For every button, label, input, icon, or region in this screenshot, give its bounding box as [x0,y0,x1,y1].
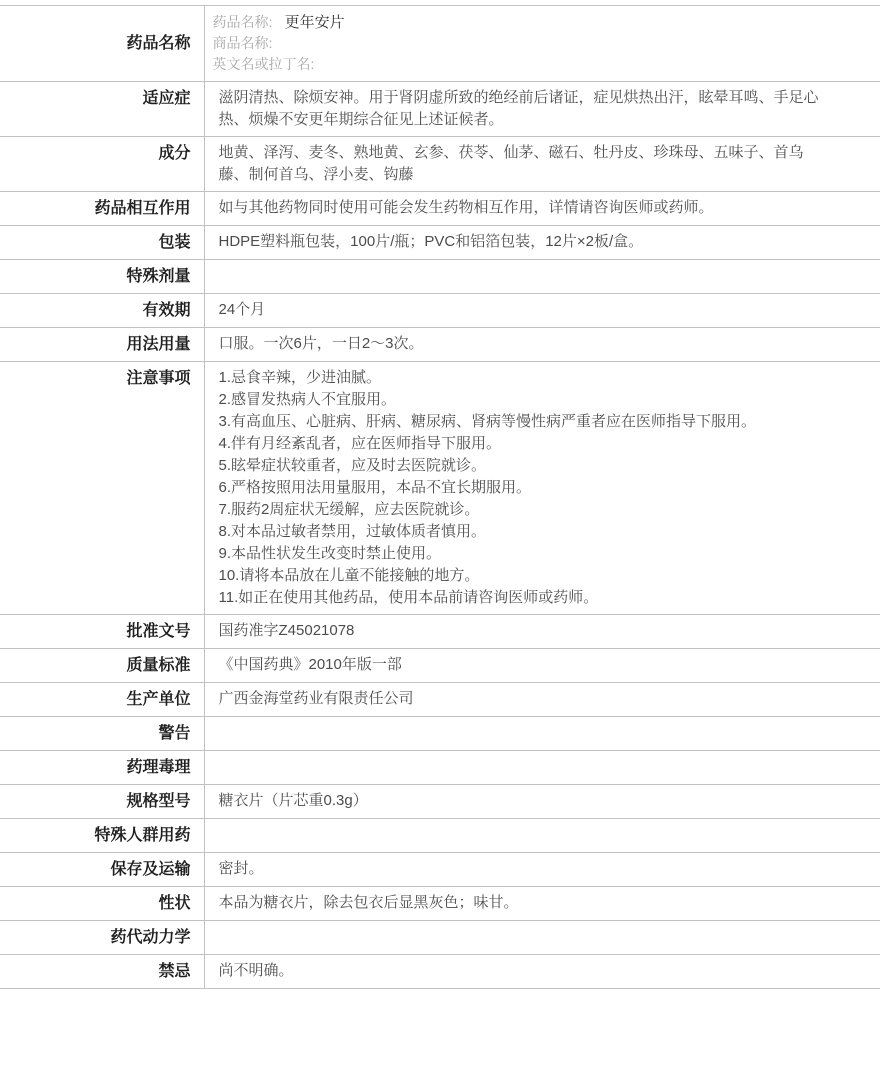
row-label-manufacturer: 生产单位 [0,683,204,717]
row-label-precautions: 注意事项 [0,362,204,615]
row-value-shelf-life: 24个月 [204,294,880,328]
table-row-drug-interactions: 药品相互作用 如与其他药物同时使用可能会发生药物相互作用，详情请咨询医师或药师。 [0,192,880,226]
row-label-indications: 适应症 [0,82,204,137]
table-row-indications: 适应症 滋阴清热、除烦安神。用于肾阴虚所致的绝经前后诸证，症见烘热出汗，眩晕耳鸣… [0,82,880,137]
table-row-packaging: 包装 HDPE塑料瓶包装，100片/瓶；PVC和铝箔包装，12片×2板/盒。 [0,226,880,260]
row-value-specification: 糖衣片（片芯重0.3g） [204,785,880,819]
table-row-dosage-usage: 用法用量 口服。一次6片，一日2～3次。 [0,328,880,362]
table-row-drug-name: 药品名称 药品名称: 更年安片 商品名称: 英文名或拉丁名: [0,6,880,82]
row-label-contraindications: 禁忌 [0,955,204,989]
precaution-item: 10.请将本品放在儿童不能接触的地方。 [219,565,831,587]
row-label-quality-standard: 质量标准 [0,649,204,683]
table-row-approval-number: 批准文号 国药准字Z45021078 [0,615,880,649]
table-row-shelf-life: 有效期 24个月 [0,294,880,328]
row-value-description: 本品为糖衣片，除去包衣后显黑灰色；味甘。 [204,887,880,921]
table-row-pharmacology-toxicology: 药理毒理 [0,751,880,785]
drug-name-key: 药品名称: [213,14,273,30]
table-row-manufacturer: 生产单位 广西金海堂药业有限责任公司 [0,683,880,717]
precaution-item: 5.眩晕症状较重者，应及时去医院就诊。 [219,455,831,477]
row-value-storage-transport: 密封。 [204,853,880,887]
row-value-indications: 滋阴清热、除烦安神。用于肾阴虚所致的绝经前后诸证，症见烘热出汗，眩晕耳鸣、手足心… [204,82,880,137]
row-value-quality-standard: 《中国药典》2010年版一部 [204,649,880,683]
precaution-item: 2.感冒发热病人不宜服用。 [219,389,831,411]
row-label-shelf-life: 有效期 [0,294,204,328]
drug-name-value: 更年安片 [285,14,345,31]
table-row-special-dosage: 特殊剂量 [0,260,880,294]
row-label-packaging: 包装 [0,226,204,260]
row-value-special-dosage [204,260,880,294]
english-name-line: 英文名或拉丁名: [213,54,861,75]
row-value-ingredients: 地黄、泽泻、麦冬、熟地黄、玄参、茯苓、仙茅、磁石、牡丹皮、珍珠母、五味子、首乌藤… [204,137,880,192]
precaution-item: 6.严格按照用法用量服用，本品不宜长期服用。 [219,477,831,499]
row-value-precautions: 1.忌食辛辣，少进油腻。 2.感冒发热病人不宜服用。 3.有高血压、心脏病、肝病… [204,362,880,615]
table-row-storage-transport: 保存及运输 密封。 [0,853,880,887]
row-value-dosage-usage: 口服。一次6片，一日2～3次。 [204,328,880,362]
table-row-special-populations: 特殊人群用药 [0,819,880,853]
precaution-item: 4.伴有月经紊乱者，应在医师指导下服用。 [219,433,831,455]
english-name-key: 英文名或拉丁名: [213,56,315,72]
table-row-description: 性状 本品为糖衣片，除去包衣后显黑灰色；味甘。 [0,887,880,921]
drug-info-page: 药品名称 药品名称: 更年安片 商品名称: 英文名或拉丁名: [0,5,880,1070]
row-value-pharmacokinetics [204,921,880,955]
precaution-item: 1.忌食辛辣，少进油腻。 [219,367,831,389]
row-value-warning [204,717,880,751]
row-value-contraindications: 尚不明确。 [204,955,880,989]
row-value-drug-interactions: 如与其他药物同时使用可能会发生药物相互作用，详情请咨询医师或药师。 [204,192,880,226]
row-label-drug-interactions: 药品相互作用 [0,192,204,226]
trade-name-key: 商品名称: [213,35,273,51]
row-label-special-populations: 特殊人群用药 [0,819,204,853]
table-row-warning: 警告 [0,717,880,751]
row-value-drug-name: 药品名称: 更年安片 商品名称: 英文名或拉丁名: [204,6,880,82]
drug-name-line: 药品名称: 更年安片 [213,12,861,33]
row-label-description: 性状 [0,887,204,921]
row-label-approval-number: 批准文号 [0,615,204,649]
precaution-item: 9.本品性状发生改变时禁止使用。 [219,543,831,565]
table-row-quality-standard: 质量标准 《中国药典》2010年版一部 [0,649,880,683]
table-row-specification: 规格型号 糖衣片（片芯重0.3g） [0,785,880,819]
precaution-item: 7.服药2周症状无缓解，应去医院就诊。 [219,499,831,521]
drug-info-table: 药品名称 药品名称: 更年安片 商品名称: 英文名或拉丁名: [0,5,880,989]
row-label-drug-name: 药品名称 [0,6,204,82]
row-label-warning: 警告 [0,717,204,751]
precaution-item: 11.如正在使用其他药品，使用本品前请咨询医师或药师。 [219,587,831,609]
row-value-special-populations [204,819,880,853]
trade-name-line: 商品名称: [213,33,861,54]
row-value-packaging: HDPE塑料瓶包装，100片/瓶；PVC和铝箔包装，12片×2板/盒。 [204,226,880,260]
precaution-item: 8.对本品过敏者禁用，过敏体质者慎用。 [219,521,831,543]
row-value-pharmacology-toxicology [204,751,880,785]
table-row-contraindications: 禁忌 尚不明确。 [0,955,880,989]
row-label-ingredients: 成分 [0,137,204,192]
table-row-pharmacokinetics: 药代动力学 [0,921,880,955]
row-label-pharmacology-toxicology: 药理毒理 [0,751,204,785]
row-label-storage-transport: 保存及运输 [0,853,204,887]
table-row-ingredients: 成分 地黄、泽泻、麦冬、熟地黄、玄参、茯苓、仙茅、磁石、牡丹皮、珍珠母、五味子、… [0,137,880,192]
precaution-item: 3.有高血压、心脏病、肝病、糖尿病、肾病等慢性病严重者应在医师指导下服用。 [219,411,831,433]
row-value-approval-number: 国药准字Z45021078 [204,615,880,649]
row-label-special-dosage: 特殊剂量 [0,260,204,294]
row-label-dosage-usage: 用法用量 [0,328,204,362]
row-value-manufacturer: 广西金海堂药业有限责任公司 [204,683,880,717]
row-label-pharmacokinetics: 药代动力学 [0,921,204,955]
table-row-precautions: 注意事项 1.忌食辛辣，少进油腻。 2.感冒发热病人不宜服用。 3.有高血压、心… [0,362,880,615]
row-label-specification: 规格型号 [0,785,204,819]
